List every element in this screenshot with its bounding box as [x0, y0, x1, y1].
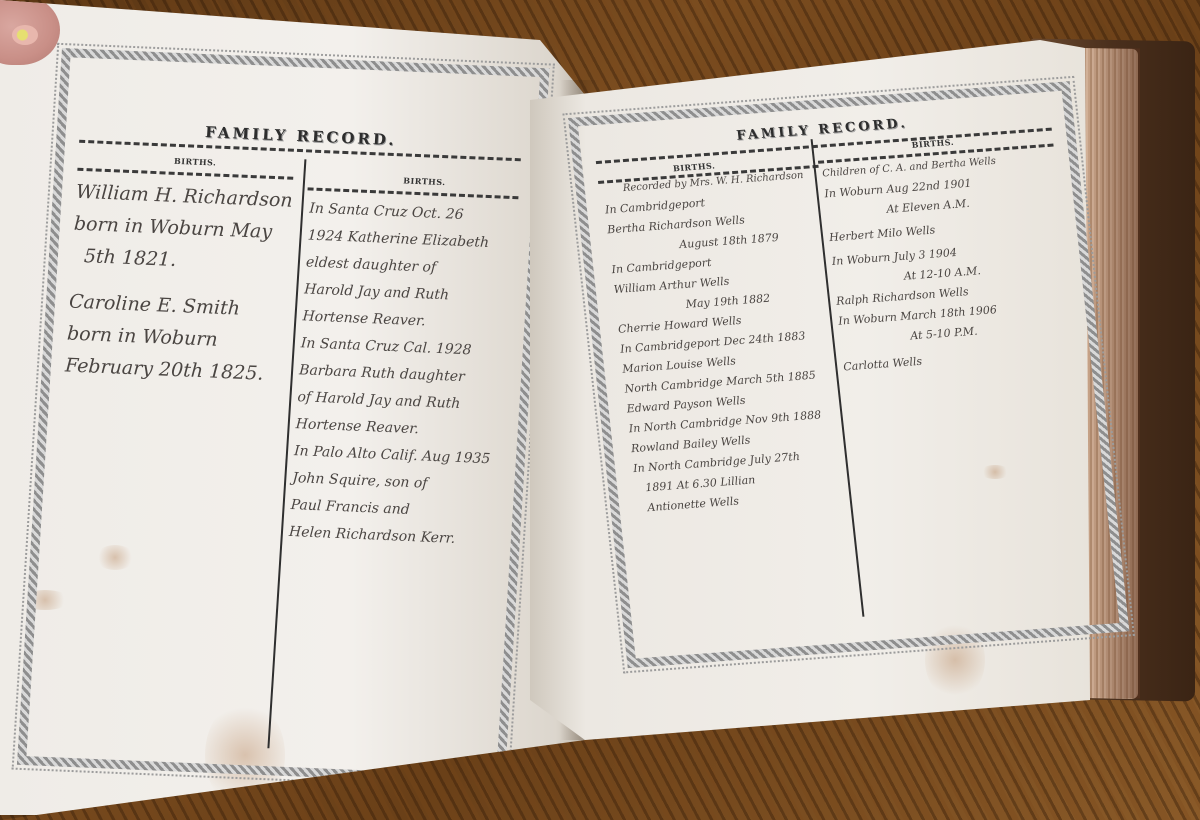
open-family-bible: FAMILY RECORD. BIRTHS. BIRTHS. William H… — [0, 0, 1200, 820]
thumb — [0, 0, 60, 65]
family-record-frame-left: FAMILY RECORD. BIRTHS. BIRTHS. William H… — [17, 48, 550, 785]
birth-entry: William H. Richardson born in Woburn May… — [71, 176, 294, 281]
fingernail — [12, 25, 38, 45]
birth-entry: In Santa Cruz Oct. 26 1924 Katherine Eli… — [302, 196, 492, 338]
column-header: BIRTHS. — [672, 160, 715, 173]
birth-entries-column-2: Children of C. A. and Bertha Wells In Wo… — [821, 152, 1018, 378]
column-header: BIRTHS. — [911, 137, 954, 150]
birth-entry: Caroline E. Smith born in Woburn Februar… — [64, 286, 268, 390]
birth-entry: In Palo Alto Calif. Aug 1935 John Squire… — [288, 438, 491, 554]
entry-line: Carlotta Wells — [842, 345, 1018, 378]
birth-entries-column-1: Recorded by Mrs. W. H. Richardson In Cam… — [602, 166, 839, 519]
column-header: BIRTHS. — [174, 156, 217, 168]
birth-entry: In Santa Cruz Cal. 1928 Barbara Ruth dau… — [295, 330, 472, 445]
column-header: BIRTHS. — [403, 175, 446, 187]
family-record-frame-right: FAMILY RECORD. BIRTHS. BIRTHS. Recorded … — [568, 81, 1129, 668]
left-page: FAMILY RECORD. BIRTHS. BIRTHS. William H… — [0, 0, 585, 815]
